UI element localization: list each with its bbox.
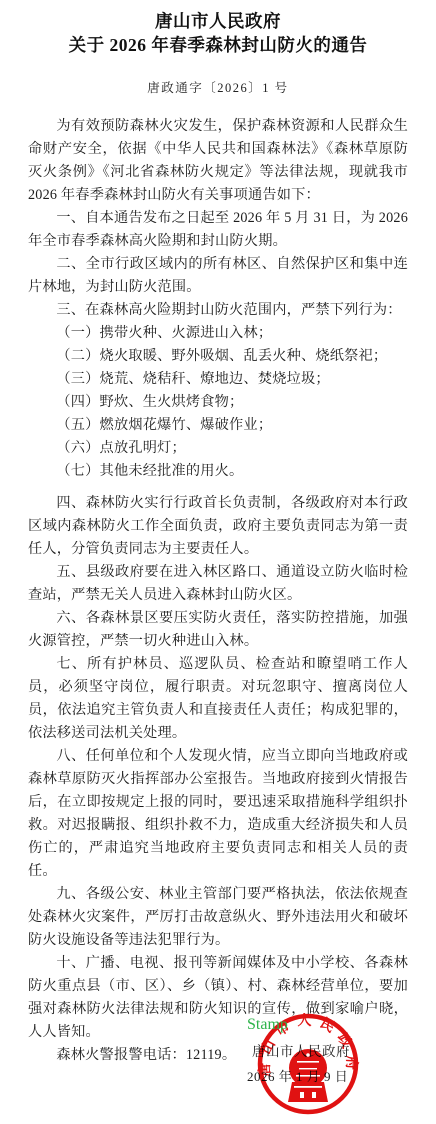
body-paragraph-item5: 五、县级政府要在进入林区路口、通道设立防火临时检查站，严禁无关人员进入森林封山防… — [28, 561, 408, 607]
body-paragraph-item9: 九、各级公安、林业主管部门要严格执法，依法依规查处森林火灾案件，严厉打击故意纵火… — [28, 883, 408, 952]
body-subitem-7: （七）其他未经批准的用火。 — [28, 460, 408, 483]
national-emblem-icon — [288, 1049, 328, 1102]
body-subitem-5: （五）燃放烟花爆竹、爆破作业； — [28, 414, 408, 437]
body-paragraph-intro: 为有效预防森林火灾发生，保护森林资源和人民群众生命财产安全，依据《中华人民共和国… — [28, 115, 408, 207]
document-body: 为有效预防森林火灾发生，保护森林资源和人民群众生命财产安全，依据《中华人民共和国… — [0, 96, 436, 1067]
body-subitem-2: （二）烧火取暖、野外吸烟、乱丢火种、烧纸祭祀； — [28, 345, 408, 368]
document-number: 唐政通字〔2026〕1 号 — [0, 78, 436, 96]
stamp-watermark-label: Stamp — [247, 1016, 288, 1034]
body-subitem-6: （六）点放孔明灯； — [28, 437, 408, 460]
notice-document: 唐山市人民政府 关于 2026 年春季森林封山防火的通告 唐政通字〔2026〕1… — [0, 0, 436, 1124]
body-subitem-4: （四）野炊、生火烘烤食物； — [28, 391, 408, 414]
body-paragraph-item2: 二、全市行政区域内的所有林区、自然保护区和集中连片林地，为封山防火范围。 — [28, 253, 408, 299]
document-title: 唐山市人民政府 关于 2026 年春季森林封山防火的通告 — [0, 0, 436, 57]
body-paragraph-item4: 四、森林防火实行行政首长负责制，各级政府对本行政区域内森林防火工作全面负责，政府… — [28, 492, 408, 561]
body-paragraph-item6: 六、各森林景区要压实防火责任，落实防控措施，加强火源管控，严禁一切火种进山入林。 — [28, 607, 408, 653]
body-paragraph-item7: 七、所有护林员、巡逻队员、检查站和瞭望哨工作人员，必须坚守岗位，履行职责。对玩忽… — [28, 653, 408, 745]
title-line-issuer: 唐山市人民政府 — [0, 9, 436, 33]
title-line-subject: 关于 2026 年春季森林封山防火的通告 — [0, 33, 436, 57]
body-subitem-3: （三）烧荒、烧秸秆、燎地边、焚烧垃圾； — [28, 368, 408, 391]
body-paragraph-item1: 一、自本通告发布之日起至 2026 年 5 月 31 日，为 2026 年全市春… — [28, 207, 408, 253]
body-paragraph-item8: 八、任何单位和个人发现火情，应当立即向当地政府或森林草原防灭火指挥部办公室报告。… — [28, 745, 408, 883]
body-paragraph-item3: 三、在森林高火险期封山防火范围内，严禁下列行为： — [28, 299, 408, 322]
body-subitem-1: （一）携带火种、火源进山入林； — [28, 322, 408, 345]
